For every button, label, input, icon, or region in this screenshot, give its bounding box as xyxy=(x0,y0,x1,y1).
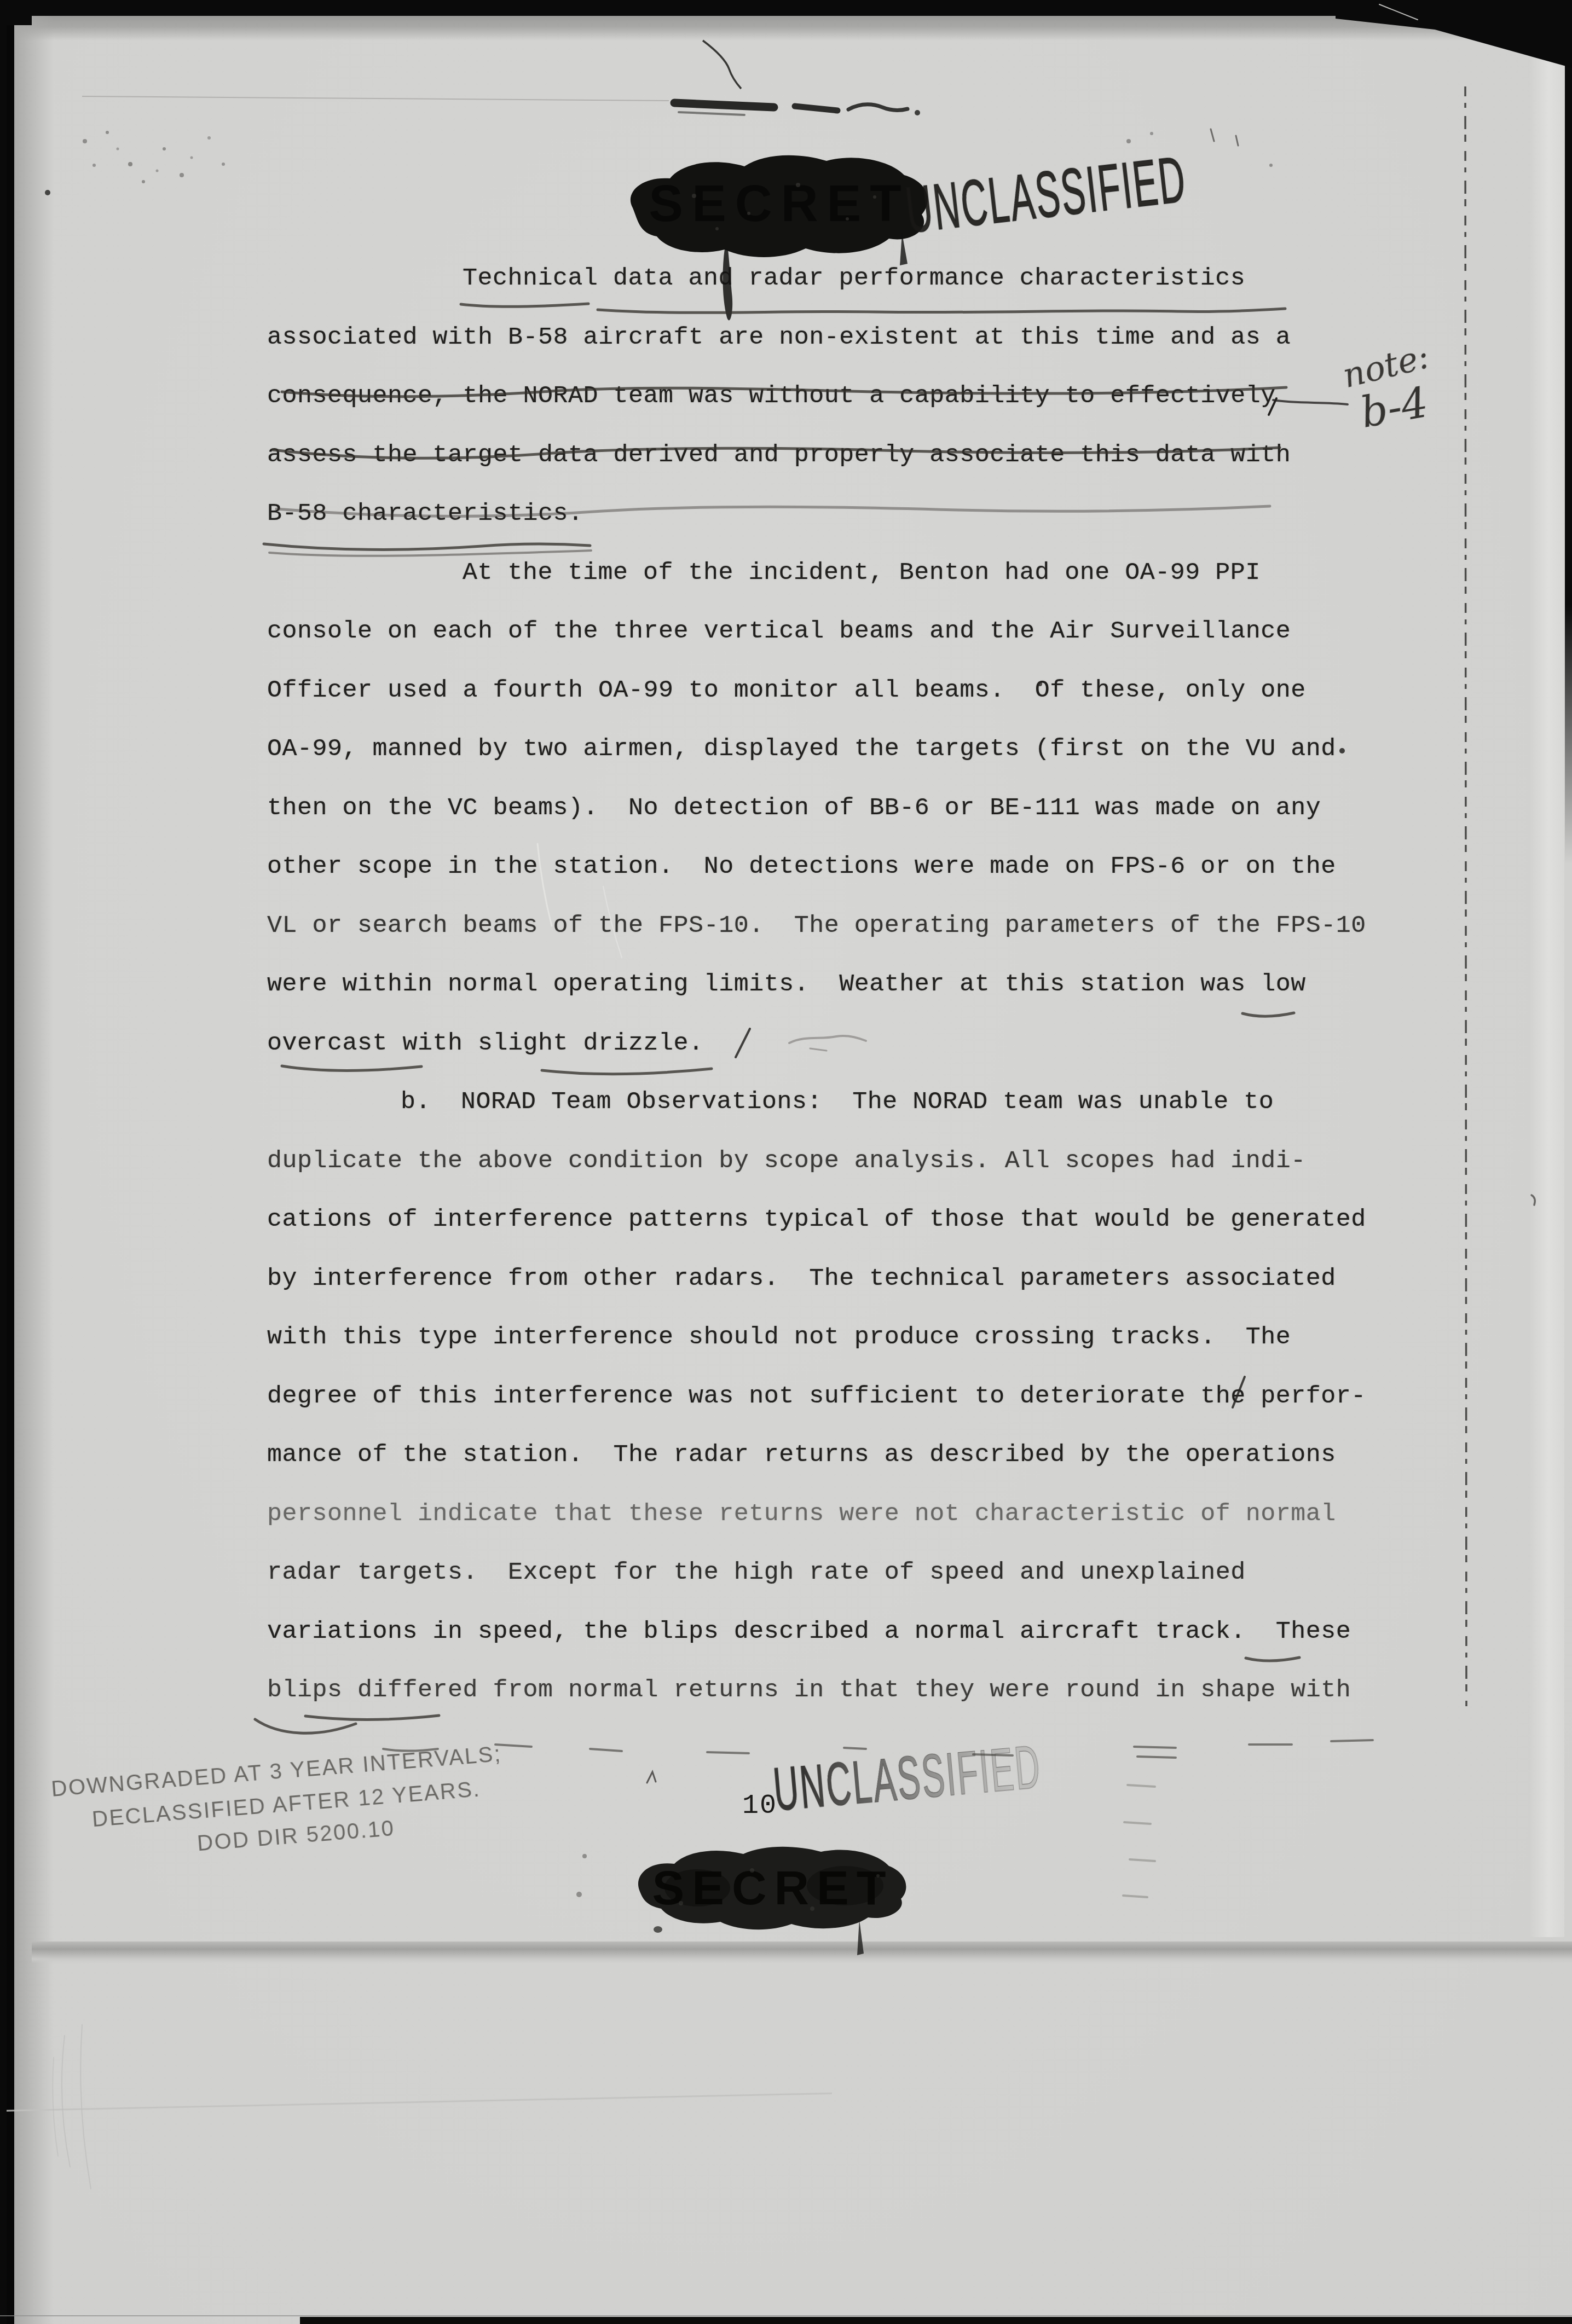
white-scratches xyxy=(53,4,1418,2189)
ink-smear-top xyxy=(674,103,920,115)
pencil-marks-overlay xyxy=(0,0,1572,2324)
hair-artifact xyxy=(703,40,741,89)
margin-checkmark xyxy=(1269,398,1348,415)
faint-pencil-scribble xyxy=(789,1036,866,1051)
scan-scratch-line xyxy=(82,96,669,101)
paper-specks xyxy=(45,131,1345,1897)
margin-vertical-rule xyxy=(1465,86,1466,1706)
stray-tick-marks xyxy=(1211,129,1238,146)
scanned-document-page: Technical data and radar performance cha… xyxy=(0,0,1572,2324)
pencil-dash-marks xyxy=(383,1740,1373,1897)
pencil-underlines xyxy=(255,304,1299,1733)
pencil-slash-marks xyxy=(647,1029,1535,1783)
